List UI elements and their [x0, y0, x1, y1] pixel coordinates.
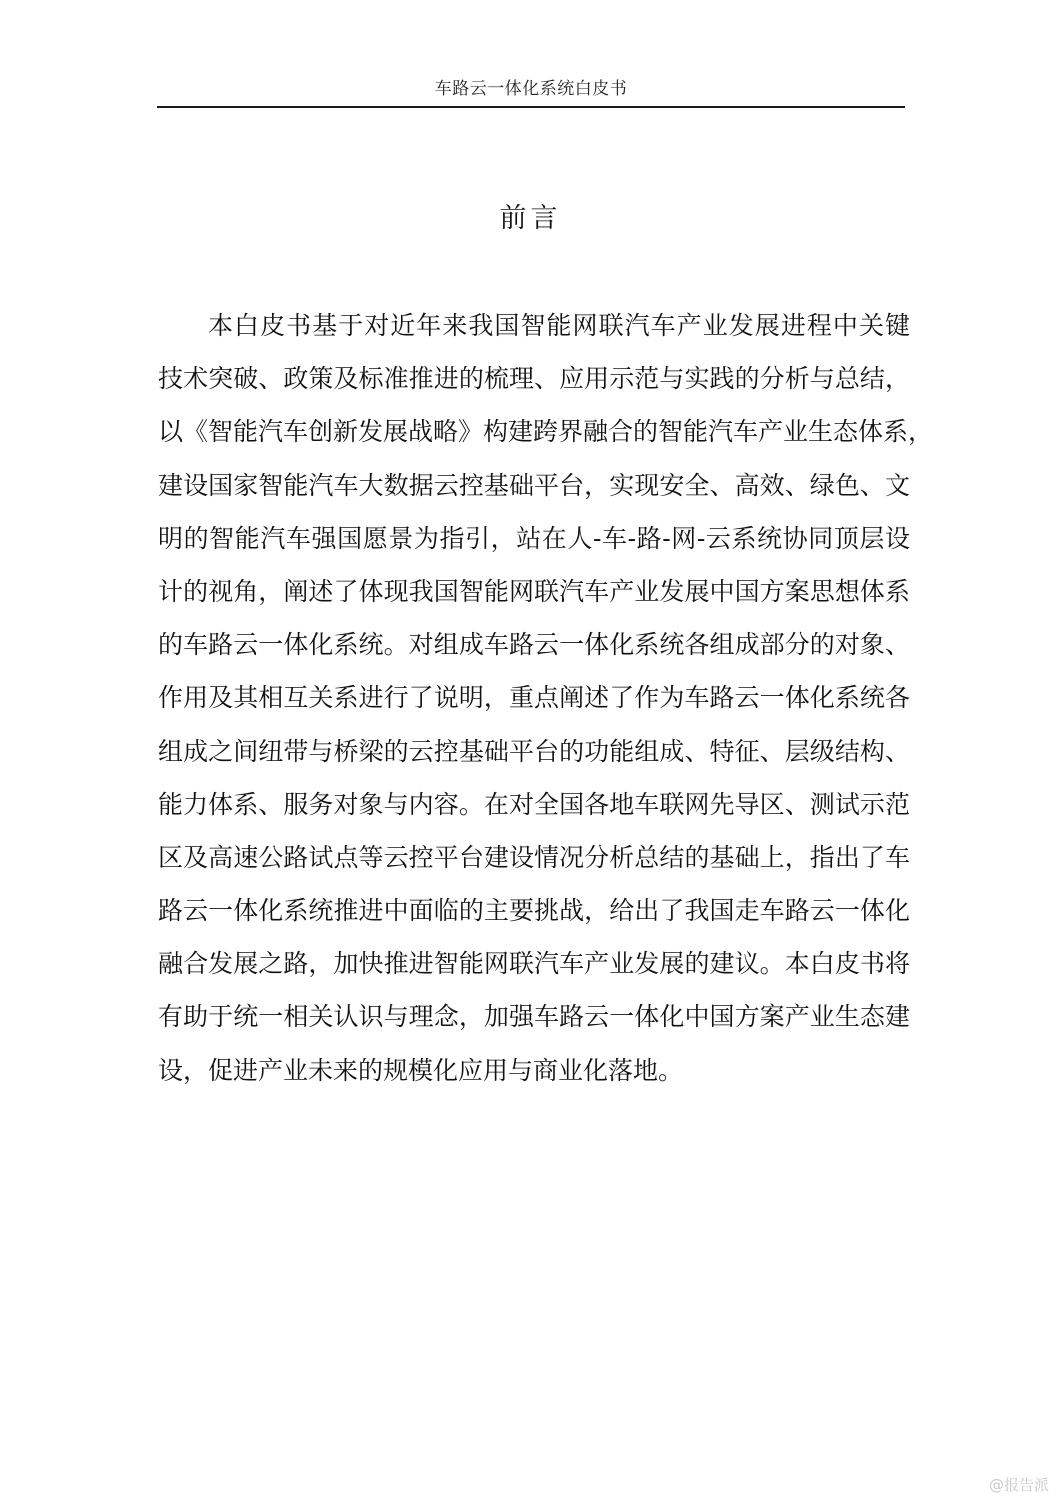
paragraph-line: 以《智能汽车创新发展战略》构建跨界融合的智能汽车产业生态体系， [158, 412, 910, 465]
running-header: 车路云一体化系统白皮书 [157, 74, 905, 99]
section-title: 前言 [0, 196, 1061, 235]
paragraph-line: 区及高速公路试点等云控平台建设情况分析总结的基础上，指出了车 [158, 838, 910, 891]
paragraph-line: 明的智能汽车强国愿景为指引，站在人-车-路-网-云系统协同顶层设 [158, 519, 910, 572]
paragraph-line: 的车路云一体化系统。对组成车路云一体化系统各组成部分的对象、 [158, 625, 910, 678]
paragraph-line: 设，促进产业未来的规模化应用与商业化落地。 [158, 1051, 910, 1104]
header-divider [157, 106, 905, 108]
paragraph-line: 能力体系、服务对象与内容。在对全国各地车联网先导区、测试示范 [158, 785, 910, 838]
paragraph-line: 有助于统一相关认识与理念，加强车路云一体化中国方案产业生态建 [158, 997, 910, 1050]
watermark: @报告派 [989, 1474, 1049, 1495]
paragraph-line: 建设国家智能汽车大数据云控基础平台，实现安全、高效、绿色、文 [158, 466, 910, 519]
paragraph-line: 技术突破、政策及标准推进的梳理、应用示范与实践的分析与总结， [158, 359, 910, 412]
preface-paragraph: 本白皮书基于对近年来我国智能网联汽车产业发展进程中关键 技术突破、政策及标准推进… [158, 306, 910, 1104]
paragraph-line: 融合发展之路，加快推进智能网联汽车产业发展的建议。本白皮书将 [158, 944, 910, 997]
paragraph-line: 路云一体化系统推进中面临的主要挑战，给出了我国走车路云一体化 [158, 891, 910, 944]
paragraph-line: 计的视角，阐述了体现我国智能网联汽车产业发展中国方案思想体系 [158, 572, 910, 625]
paragraph-line: 作用及其相互关系进行了说明，重点阐述了作为车路云一体化系统各 [158, 678, 910, 731]
paragraph-line: 本白皮书基于对近年来我国智能网联汽车产业发展进程中关键 [158, 306, 910, 359]
paragraph-line: 组成之间纽带与桥梁的云控基础平台的功能组成、特征、层级结构、 [158, 732, 910, 785]
